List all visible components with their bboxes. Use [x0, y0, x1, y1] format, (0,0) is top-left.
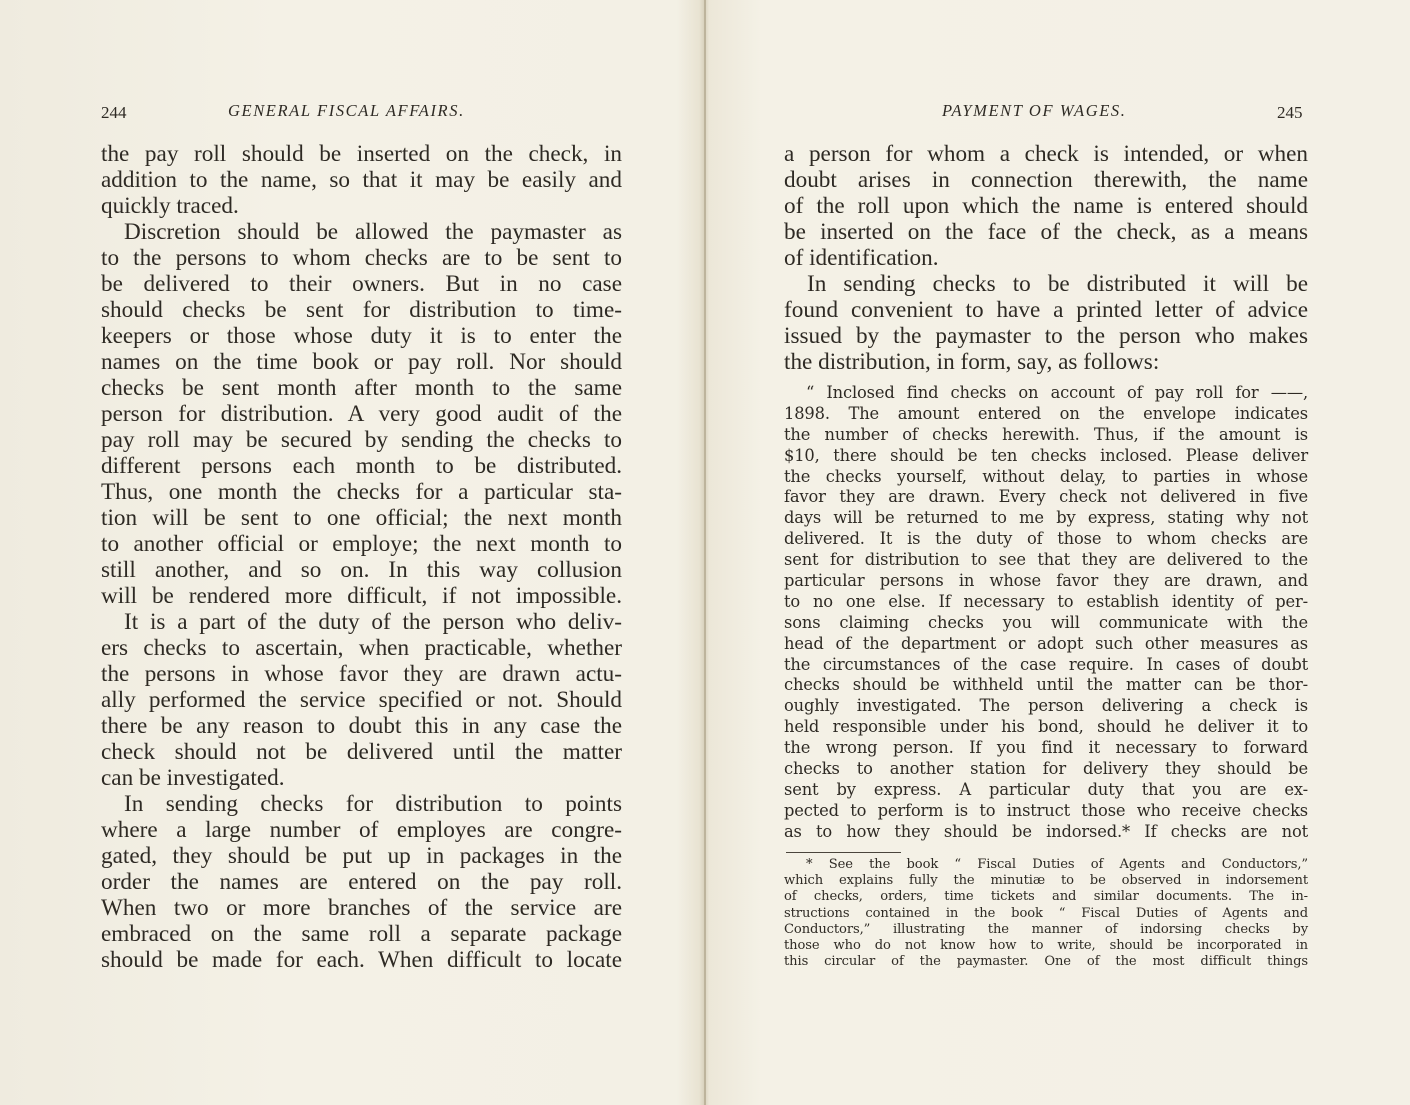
quote-line: head of the department or adopt such oth…	[784, 634, 1308, 655]
quote-line: checks should be withheld until the matt…	[784, 675, 1308, 696]
text-line: to the persons to whom checks are to be …	[101, 245, 622, 271]
footnote-line: those who do not know how to write, shou…	[784, 938, 1308, 954]
quote-line: particular persons in whose favor they a…	[784, 571, 1308, 592]
text-line: quickly traced.	[101, 193, 622, 219]
text-line: issued by the paymaster to the person wh…	[784, 323, 1308, 349]
text-line: a person for whom a check is intended, o…	[784, 141, 1308, 167]
quote-line: to no one else. If necessary to establis…	[784, 592, 1308, 613]
quote-line: favor they are drawn. Every check not de…	[784, 487, 1308, 508]
text-line: names on the time book or pay roll. Nor …	[101, 349, 622, 375]
quote-line: $10, there should be ten checks inclosed…	[784, 446, 1308, 467]
footnote-line: which explains fully the minutiæ to be o…	[784, 873, 1308, 889]
book-spread: 244 GENERAL FISCAL AFFAIRS. the pay roll…	[0, 0, 1410, 1105]
footnote: * See the book “ Fiscal Duties of Agents…	[784, 857, 1308, 970]
quote-line: sons claiming checks you will communicat…	[784, 613, 1308, 634]
text-line: the persons in whose favor they are draw…	[101, 661, 622, 687]
footnote-line: structions contained in the book “ Fisca…	[784, 906, 1308, 922]
text-line: be inserted on the face of the check, as…	[784, 219, 1308, 245]
text-line: different persons each month to be distr…	[101, 453, 622, 479]
quote-line: the wrong person. If you find it necessa…	[784, 738, 1308, 759]
quote-line: the number of checks herewith. Thus, if …	[784, 425, 1308, 446]
quote-line: delivered. It is the duty of those to wh…	[784, 529, 1308, 550]
text-line: embraced on the same roll a separate pac…	[101, 921, 622, 947]
text-line: addition to the name, so that it may be …	[101, 167, 622, 193]
text-line: pay roll may be secured by sending the c…	[101, 427, 622, 453]
page-number: 245	[1277, 102, 1303, 124]
footnote-line: * See the book “ Fiscal Duties of Agents…	[784, 857, 1308, 873]
quote-line: 1898. The amount entered on the envelope…	[784, 404, 1308, 425]
text-line: keepers or those whose duty it is to ent…	[101, 323, 622, 349]
text-line: gated, they should be put up in packages…	[101, 843, 622, 869]
text-line: Thus, one month the checks for a particu…	[101, 479, 622, 505]
text-line: In sending checks for distribution to po…	[101, 791, 622, 817]
text-line: tion will be sent to one official; the n…	[101, 505, 622, 531]
text-line: to another official or employe; the next…	[101, 531, 622, 557]
text-line: can be investigated.	[101, 765, 622, 791]
left-page: 244 GENERAL FISCAL AFFAIRS. the pay roll…	[0, 0, 704, 1105]
footnote-line: this circular of the paymaster. One of t…	[784, 954, 1308, 970]
text-line: ers checks to ascertain, when practicabl…	[101, 635, 622, 661]
quote-line: days will be returned to me by express, …	[784, 508, 1308, 529]
left-body-text: the pay roll should be inserted on the c…	[101, 141, 622, 973]
text-line: the pay roll should be inserted on the c…	[101, 141, 622, 167]
text-line: order the names are entered on the pay r…	[101, 869, 622, 895]
text-line: there be any reason to doubt this in any…	[101, 713, 622, 739]
text-line: It is a part of the duty of the person w…	[101, 609, 622, 635]
quote-line: oughly investigated. The person deliveri…	[784, 696, 1308, 717]
page-number: 244	[101, 102, 127, 124]
text-line: still another, and so on. In this way co…	[101, 557, 622, 583]
footnote-rule	[786, 852, 901, 853]
text-line: check should not be delivered until the …	[101, 739, 622, 765]
text-line: the distribution, in form, say, as follo…	[784, 349, 1308, 375]
footnote-line: of checks, orders, time tickets and simi…	[784, 889, 1308, 905]
text-line: should be made for each. When difficult …	[101, 947, 622, 973]
right-body-text: a person for whom a check is intended, o…	[784, 141, 1308, 375]
text-line: will be rendered more difficult, if not …	[101, 583, 622, 609]
quote-line: the circumstances of the case require. I…	[784, 655, 1308, 676]
text-line: found convenient to have a printed lette…	[784, 297, 1308, 323]
text-line: of the roll upon which the name is enter…	[784, 193, 1308, 219]
quote-line: the checks yourself, without delay, to p…	[784, 467, 1308, 488]
text-line: In sending checks to be distributed it w…	[784, 271, 1308, 297]
quote-line: pected to perform is to instruct those w…	[784, 801, 1308, 822]
letter-of-advice-quote: “ Inclosed find checks on account of pay…	[784, 383, 1308, 843]
text-line: checks be sent month after month to the …	[101, 375, 622, 401]
text-line: person for distribution. A very good aud…	[101, 401, 622, 427]
footnote-line: Conductors,” illustrating the manner of …	[784, 922, 1308, 938]
running-title: PAYMENT OF WAGES.	[942, 100, 1127, 122]
quote-line: checks to another station for delivery t…	[784, 759, 1308, 780]
right-page: PAYMENT OF WAGES. 245 a person for whom …	[706, 0, 1410, 1105]
text-line: where a large number of employes are con…	[101, 817, 622, 843]
text-line: ally performed the service specified or …	[101, 687, 622, 713]
text-line: When two or more branches of the service…	[101, 895, 622, 921]
quote-line: sent by express. A particular duty that …	[784, 780, 1308, 801]
text-line: should checks be sent for distribution t…	[101, 297, 622, 323]
running-title: GENERAL FISCAL AFFAIRS.	[228, 100, 465, 122]
text-line: be delivered to their owners. But in no …	[101, 271, 622, 297]
quote-line: held responsible under his bond, should …	[784, 717, 1308, 738]
text-line: of identification.	[784, 245, 1308, 271]
quote-line: “ Inclosed find checks on account of pay…	[784, 383, 1308, 404]
quote-line: sent for distribution to see that they a…	[784, 550, 1308, 571]
text-line: Discretion should be allowed the paymast…	[101, 219, 622, 245]
quote-line: as to how they should be indorsed.* If c…	[784, 822, 1308, 843]
text-line: doubt arises in connection therewith, th…	[784, 167, 1308, 193]
